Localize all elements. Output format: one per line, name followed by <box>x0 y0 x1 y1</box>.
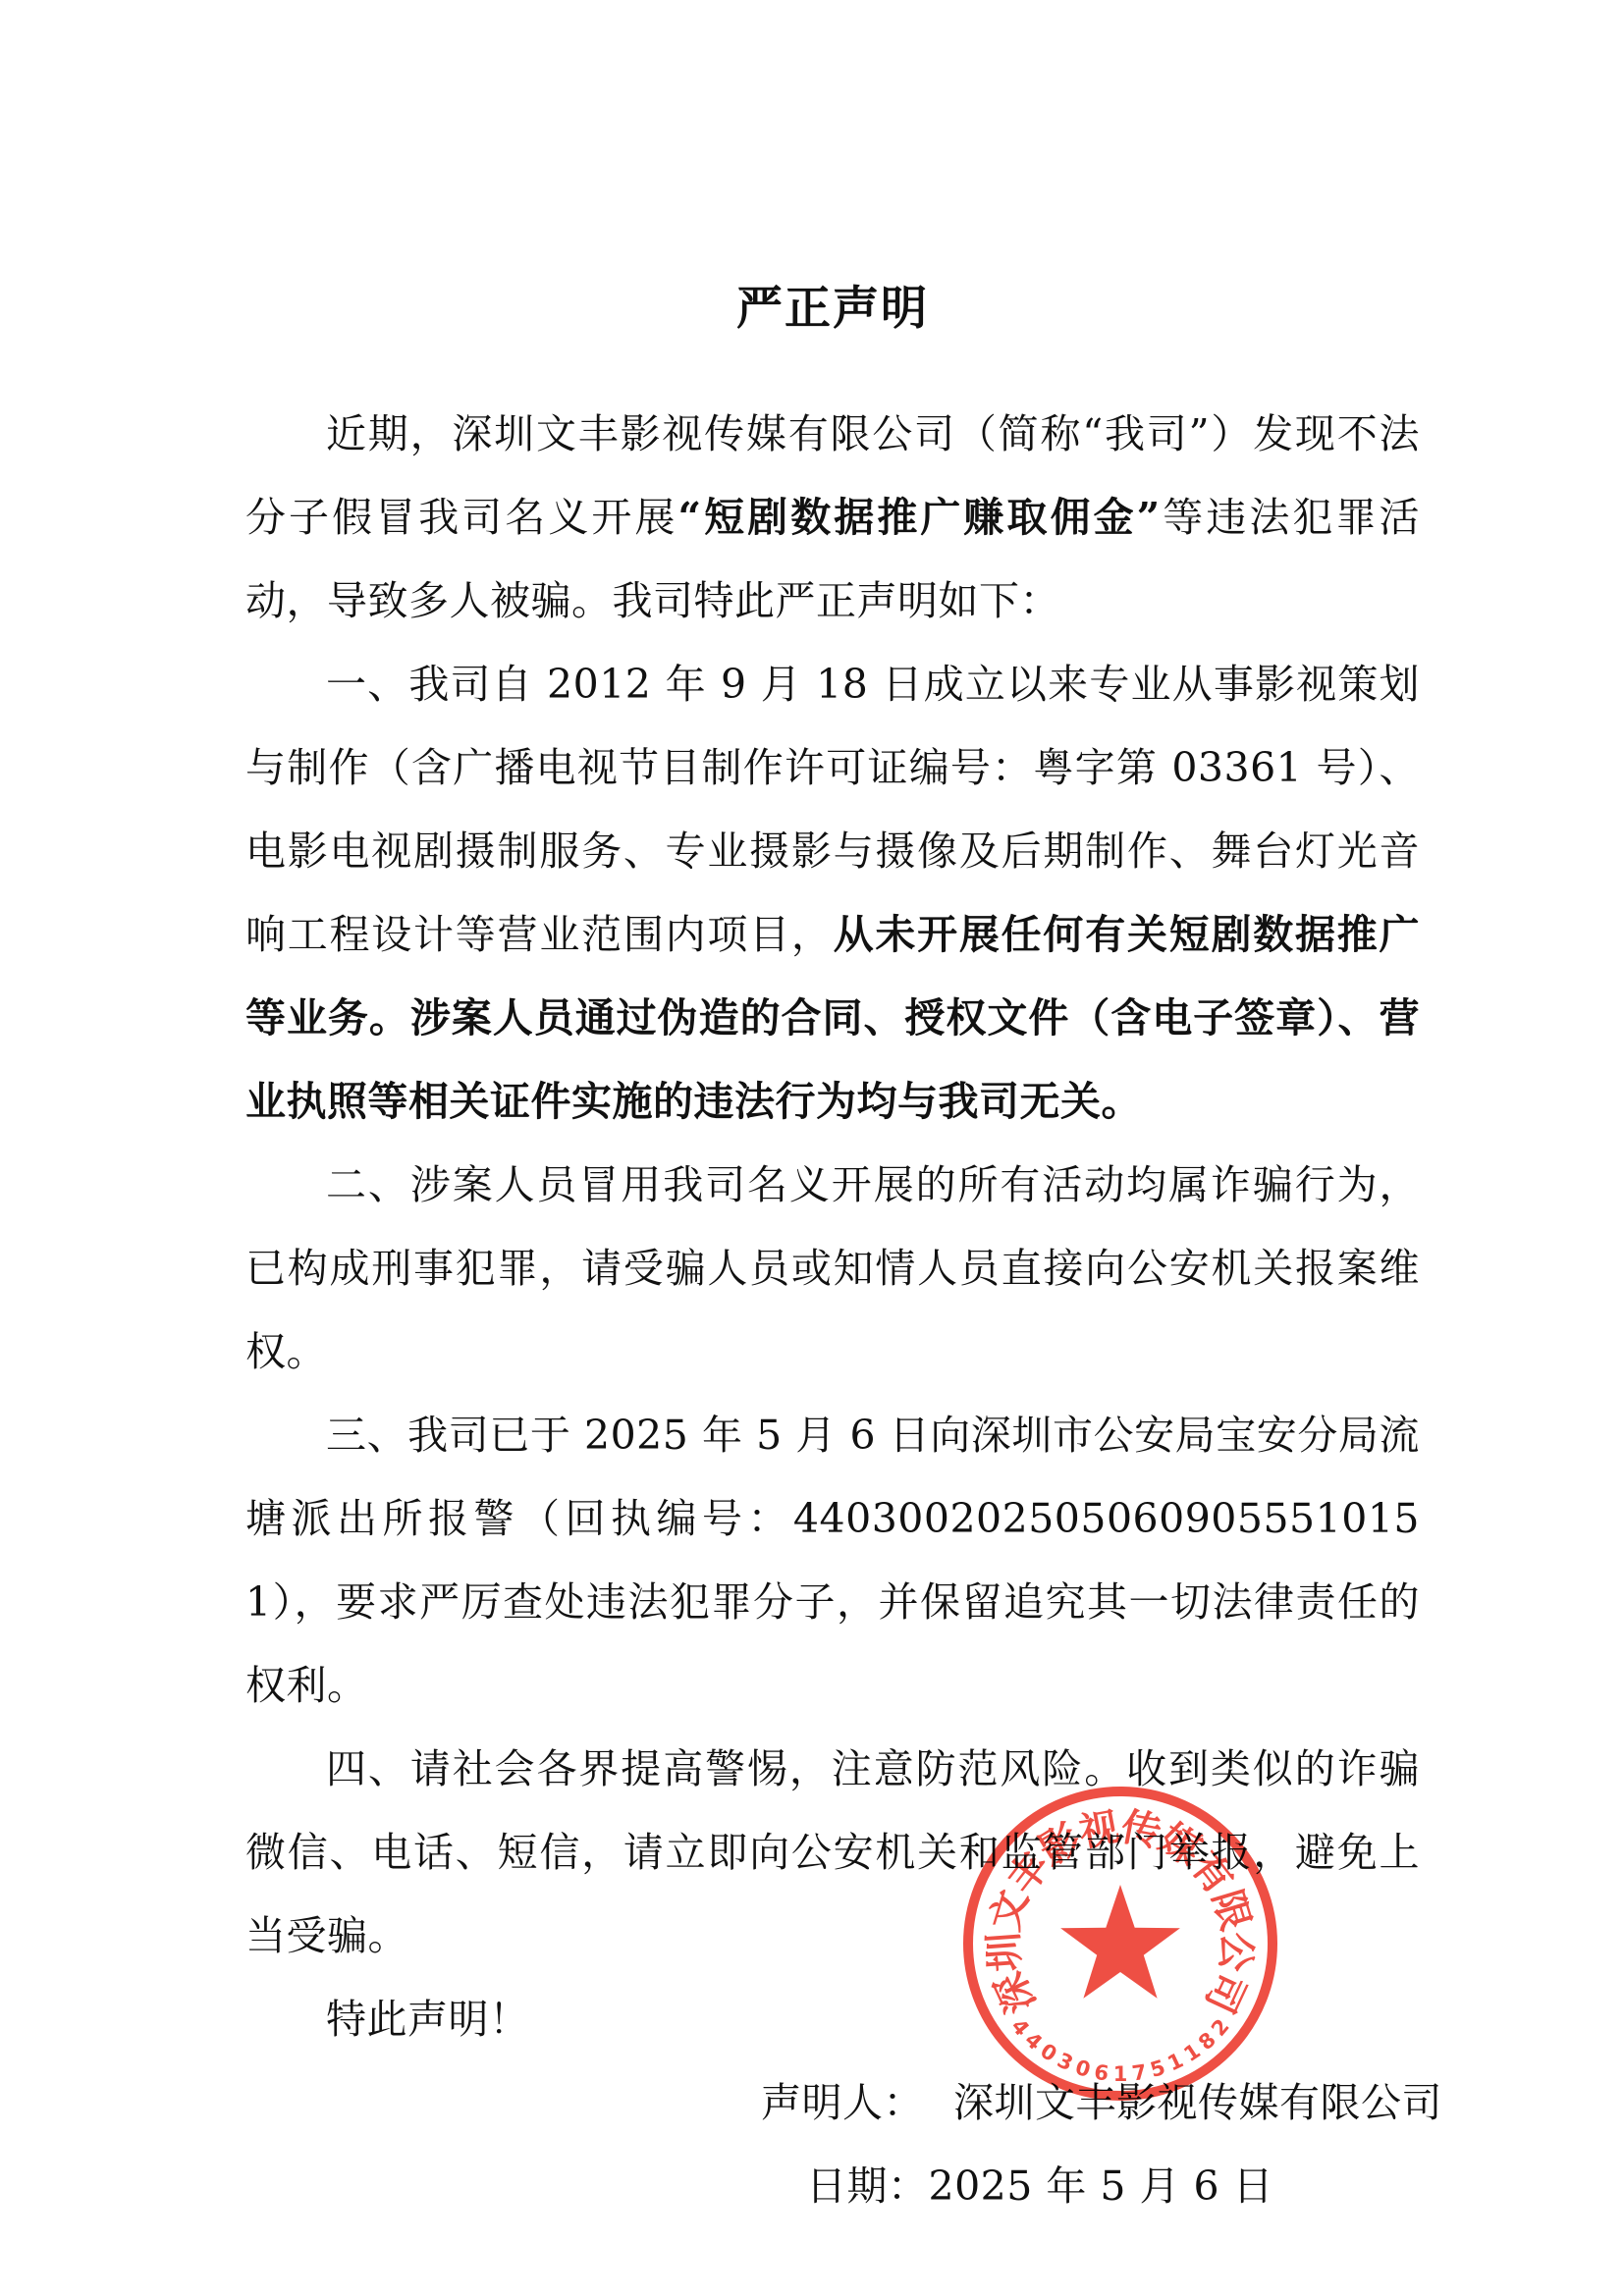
document-title: 严正声明 <box>245 280 1420 339</box>
signature-declarer-line: 声明人：深圳文丰影视传媒有限公司 <box>245 2061 1420 2145</box>
paragraph: 特此声明！ <box>245 1978 1420 2061</box>
statement-document: 严正声明 近期，深圳文丰影视传媒有限公司（简称“我司”）发现不法分子假冒我司名义… <box>0 0 1624 2228</box>
document-page: 严正声明 近期，深圳文丰影视传媒有限公司（简称“我司”）发现不法分子假冒我司名义… <box>0 0 1624 2296</box>
paragraph: 近期，深圳文丰影视传媒有限公司（简称“我司”）发现不法分子假冒我司名义开展“短剧… <box>245 393 1420 643</box>
text-run: 三、我司已于 2025 年 5 月 6 日向深圳市公安局宝安分局流塘派出所报警（… <box>245 1412 1420 1709</box>
document-body: 近期，深圳文丰影视传媒有限公司（简称“我司”）发现不法分子假冒我司名义开展“短剧… <box>245 393 1420 2061</box>
text-run: 特此声明！ <box>326 1996 530 2043</box>
paragraph: 二、涉案人员冒用我司名义开展的所有活动均属诈骗行为，已构成刑事犯罪，请受骗人员或… <box>245 1144 1420 1394</box>
paragraph: 一、我司自 2012 年 9 月 18 日成立以来专业从事影视策划与制作（含广播… <box>245 643 1420 1144</box>
paragraph: 三、我司已于 2025 年 5 月 6 日向深圳市公安局宝安分局流塘派出所报警（… <box>245 1394 1420 1728</box>
text-run: 四、请社会各界提高警惕，注意防范风险。收到类似的诈骗微信、电话、短信，请立即向公… <box>245 1745 1420 1959</box>
paragraph: 四、请社会各界提高警惕，注意防范风险。收到类似的诈骗微信、电话、短信，请立即向公… <box>245 1728 1420 1978</box>
bold-text-run: “短剧数据推广赚取佣金” <box>678 494 1161 541</box>
declarer-name: 深圳文丰影视传媒有限公司 <box>953 2079 1442 2126</box>
declarer-label: 声明人： <box>761 2079 924 2126</box>
text-run: 二、涉案人员冒用我司名义开展的所有活动均属诈骗行为，已构成刑事犯罪，请受骗人员或… <box>245 1161 1420 1375</box>
signature-date-line: 日期：2025 年 5 月 6 日 <box>245 2145 1420 2228</box>
